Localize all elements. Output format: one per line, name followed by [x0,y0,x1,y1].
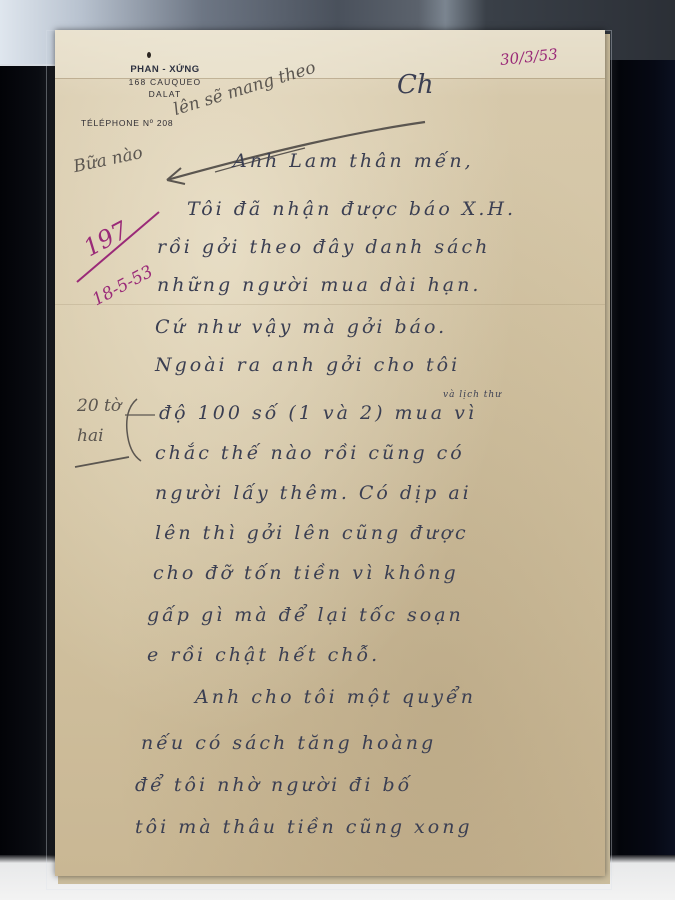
annotation-left-note: Bữa nào [72,143,145,177]
letter-line: Tôi đã nhận được báo X.H. [187,198,516,220]
letter-line: độ 100 số (1 và 2) mua vì [159,402,477,424]
margin-bracket-icon [69,395,169,475]
letter-line: Ngoài ra anh gởi cho tôi [155,354,460,376]
background-right-dark [605,60,675,860]
letter-line: nếu có sách tăng hoàng [141,732,436,754]
letter-line: tôi mà thâu tiền cũng xong [135,816,473,838]
letter-line: Anh cho tôi một quyển [195,686,476,708]
letter-line: người lấy thêm. Có dịp ai [155,482,472,504]
letterhead-address: 168 CAUQUEO [95,77,235,87]
letterhead-name: PHAN - XỨNG [95,64,235,75]
letter-line: lên thì gởi lên cũng được [155,522,469,544]
letter-line: e rồi chật hết chỗ. [147,644,380,666]
letter-line: rồi gởi theo đây danh sách [157,236,490,258]
letter-line: để tôi nhờ người đi bố [135,774,412,796]
letter-line: những người mua dài hạn. [157,274,481,296]
letter-line: Cứ như vậy mà gởi báo. [155,316,447,338]
letter-line: chắc thế nào rồi cũng có [155,442,465,464]
letter-paper: PHAN - XỨNG 168 CAUQUEO DALAT TÉLÉPHONE … [55,30,605,876]
annotation-initial: Ch [397,70,434,100]
annotation-insert-note: và lịch thư [443,390,502,400]
letter-salutation: Anh Lam thân mến, [233,150,474,172]
paper-fold-line [55,304,605,305]
letter-line: cho đỡ tốn tiền vì không [153,562,459,584]
letter-line: gấp gì mà để lại tốc soạn [147,604,464,626]
ink-dot [147,52,151,58]
